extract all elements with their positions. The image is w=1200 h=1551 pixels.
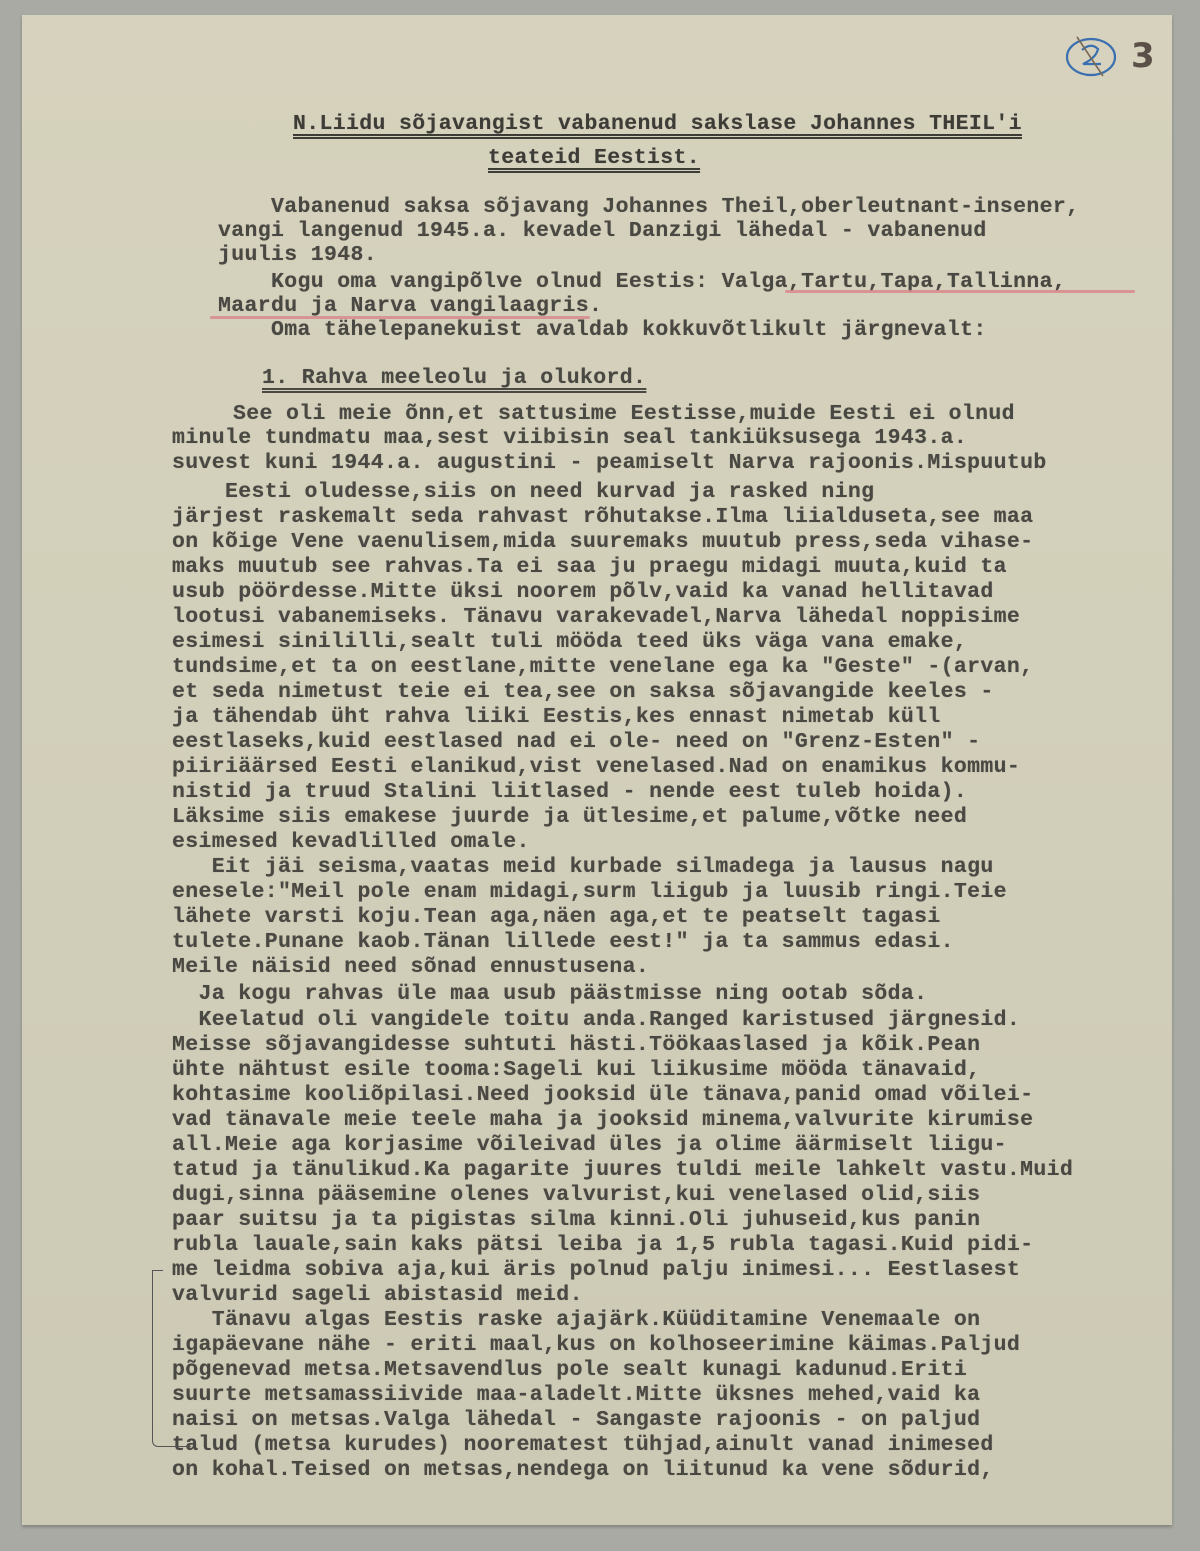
body-line: me leidma sobiva aja,kui äris polnud pal… (172, 1258, 1020, 1282)
body-line: naisi on metsas.Valga lähedal - Sangaste… (172, 1408, 980, 1432)
section-heading: 1. Rahva meeleolu ja olukord. (262, 366, 646, 390)
body-line: ühte nähtust esile tooma:Sageli kui liik… (172, 1058, 980, 1082)
body-line: Meile näisid need sõnad ennustusena. (172, 955, 649, 979)
body-line: enesele:"Meil pole enam midagi,surm liig… (172, 880, 1007, 904)
body-line: minule tundmatu maa,sest viibisin seal t… (172, 426, 967, 450)
body-line: esimesed kevadlilled omale. (172, 830, 530, 854)
body-line: paar suitsu ja ta pigistas silma kinni.O… (172, 1208, 980, 1232)
body-line: eestlaseks,kuid eestlased nad ei ole- ne… (172, 730, 980, 754)
body-line: talud (metsa kurudes) noorematest tühjad… (172, 1433, 994, 1457)
margin-bracket-mark (152, 1270, 163, 1441)
intro-line: Vabanenud saksa sõjavang Johannes Theil,… (218, 195, 1079, 219)
body-line: dugi,sinna pääsemine olenes valvurist,ku… (172, 1183, 980, 1207)
body-line: järjest raskemalt seda rahvast rõhutakse… (172, 505, 1033, 529)
body-line: Läksime siis emakese juurde ja ütlesime,… (172, 805, 967, 829)
body-line: ja tähendab üht rahva liiki Eestis,kes e… (172, 705, 941, 729)
intro-line: Oma tähelepanekuist avaldab kokkuvõtliku… (218, 318, 987, 342)
margin-bracket-mark (152, 1440, 191, 1447)
intro-line: vangi langenud 1945.a. kevadel Danzigi l… (218, 219, 987, 243)
body-line: rubla lauale,sain kaks pätsi leiba ja 1,… (172, 1233, 1033, 1257)
body-line: See oli meie õnn,et sattusime Eestisse,m… (180, 402, 1015, 426)
body-line: tundsime,et ta on eestlane,mitte venelan… (172, 655, 1033, 679)
body-line: Eit jäi seisma,vaatas meid kurbade silma… (172, 855, 994, 879)
intro-line: juulis 1948. (218, 243, 377, 267)
body-line: Eesti oludesse,siis on need kurvad ja ra… (172, 480, 874, 504)
body-line: on kõige Vene vaenulisem,mida suuremaks … (172, 530, 1033, 554)
body-line: suvest kuni 1944.a. augustini - peamisel… (172, 451, 1047, 475)
body-line: kohtasime kooliõpilasi.Need jooksid üle … (172, 1083, 1033, 1107)
body-line: Ja kogu rahvas üle maa usub päästmisse n… (172, 982, 927, 1006)
page-number: 3 (1131, 36, 1155, 76)
body-line: põgenevad metsa.Metsavendlus pole sealt … (172, 1358, 967, 1382)
body-line: maks muutub see rahvas.Ta ei saa ju prae… (172, 555, 1007, 579)
body-line: tulete.Punane kaob.Tänan lillede eest!" … (172, 930, 954, 954)
red-pencil-underline (785, 290, 1135, 293)
body-line: tatud ja tänulikud.Ka pagarite juures tu… (172, 1158, 1073, 1182)
body-line: piiriäärsed Eesti elanikud,vist venelase… (172, 755, 1020, 779)
body-line: lähete varsti koju.Tean aga,näen aga,et … (172, 905, 941, 929)
body-line: on kohal.Teised on metsas,nendega on lii… (172, 1458, 994, 1482)
body-line: all.Meie aga korjasime võileivad üles ja… (172, 1133, 1007, 1157)
body-line: et seda nimetust teie ei tea,see on saks… (172, 680, 994, 704)
document-title-line-2: teateid Eestist. (488, 146, 700, 170)
body-line: usub pöördesse.Mitte üksi noorem põlv,va… (172, 580, 994, 604)
circled-archive-number-icon (1063, 34, 1119, 78)
body-line: nistid ja truud Stalini liitlased - nend… (172, 780, 967, 804)
body-line: valvurid sageli abistasid meid. (172, 1283, 583, 1307)
document-title-line-1: N.Liidu sõjavangist vabanenud sakslase J… (293, 112, 1022, 136)
body-line: Tänavu algas Eestis raske ajajärk.Küüdit… (172, 1308, 980, 1332)
intro-line: Maardu ja Narva vangilaagris. (218, 294, 602, 318)
red-pencil-underline (210, 316, 590, 319)
body-line: suurte metsamassiivide maa-aladelt.Mitte… (172, 1383, 980, 1407)
body-line: esimesi sinililli,sealt tuli mööda teed … (172, 630, 967, 654)
body-line: vad tänavale meie teele maha ja jooksid … (172, 1108, 1033, 1132)
body-line: Keelatud oli vangidele toitu anda.Ranged… (172, 1008, 1020, 1032)
body-line: lootusi vabanemiseks. Tänavu varakevadel… (172, 605, 1020, 629)
body-line: Meisse sõjavangidesse suhtuti hästi.Töök… (172, 1033, 980, 1057)
body-line: igapäevane nähe - eriti maal,kus on kolh… (172, 1333, 1020, 1357)
